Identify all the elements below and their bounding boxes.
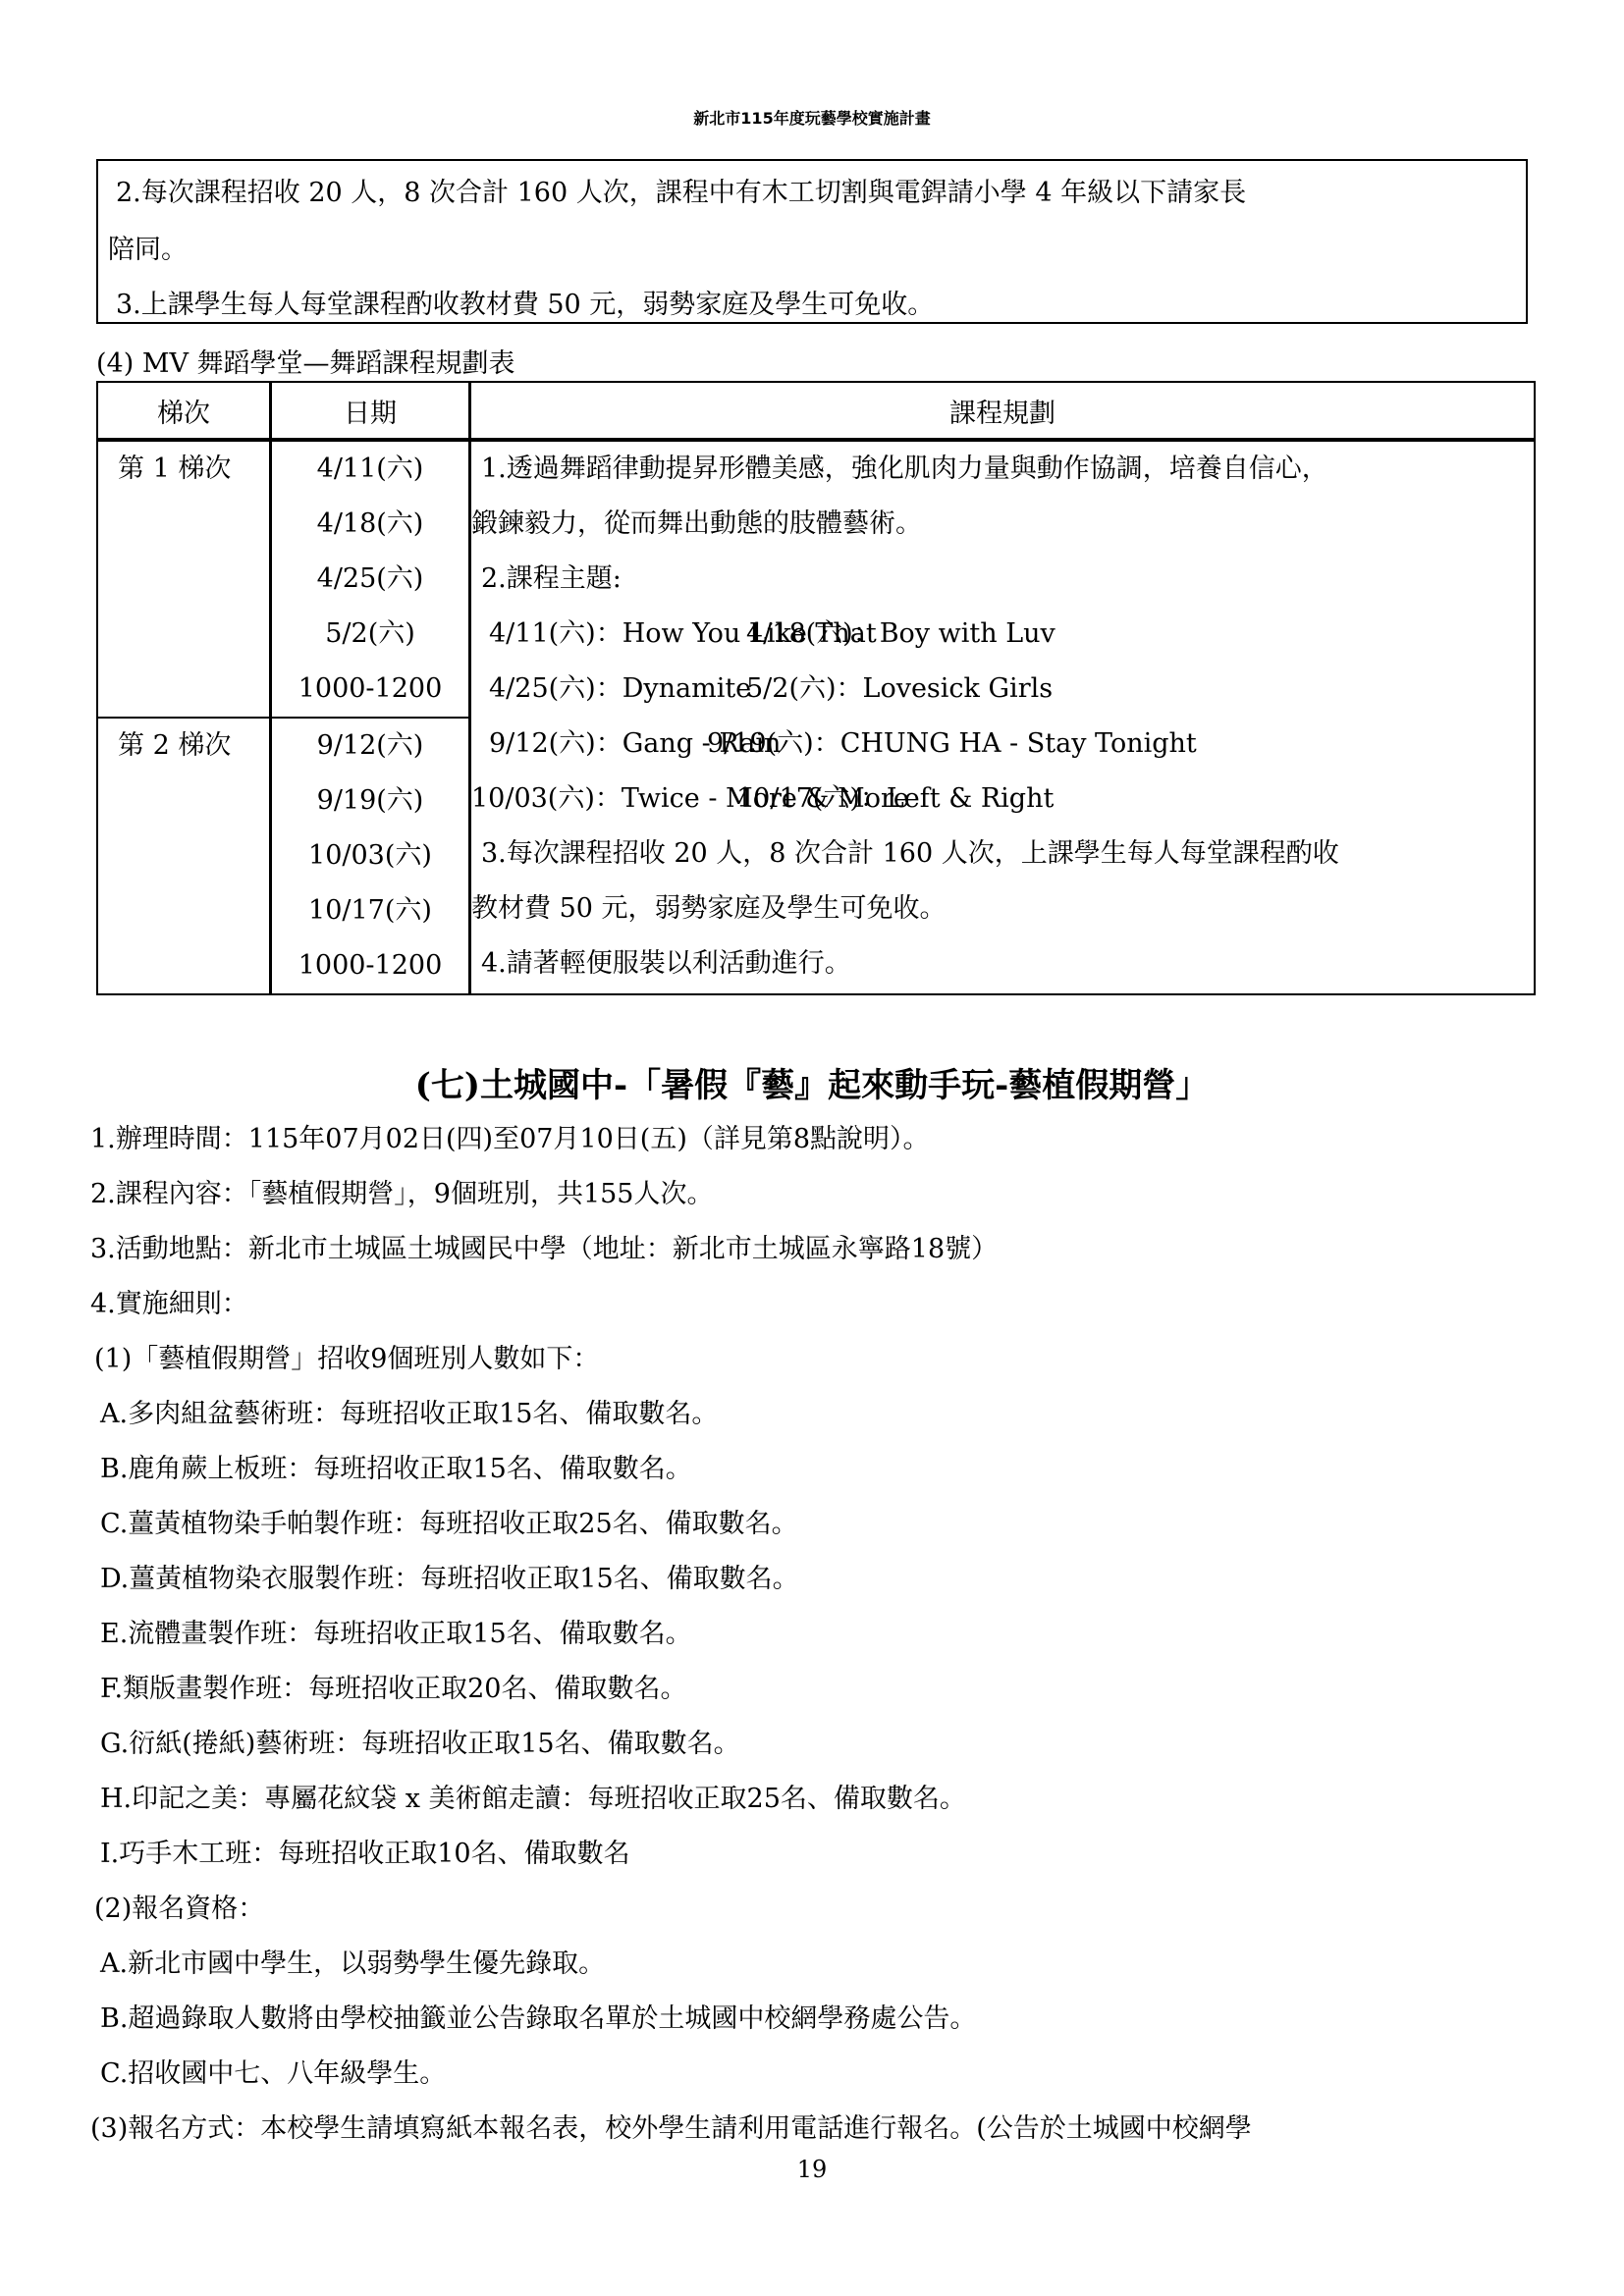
song-item: 5/2(六)：Lovesick Girls [746,662,1053,717]
plan-line: 2.課程主題: [471,552,1534,607]
page-number: 19 [0,2156,1624,2183]
plan-line: 3.每次課程招收 20 人，8 次合計 160 人次，上課學生每人每堂課程酌收 [471,827,1534,881]
date: 4/25(六) [272,552,468,607]
eligibility-item: A.新北市國中學生，以弱勢學生優先錄取。 [100,1942,605,1980]
section-item: 4.實施細則： [90,1282,248,1320]
subsection-heading: (2)報名資格： [94,1887,264,1925]
class-item: B.鹿角蕨上板班：每班招收正取15名、備取數名。 [100,1447,692,1485]
note-line: 3.上課學生每人每堂課程酌收教材費 50 元，弱勢家庭及學生可免收。 [116,283,934,321]
plan-line: 1.透過舞蹈律動提昇形體美感，強化肌肉力量與動作協調，培養自信心， [471,442,1534,497]
class-item: A.多肉組盆藝術班：每班招收正取15名、備取數名。 [100,1392,718,1430]
section-item: 1.辦理時間：115年07月02日(四)至07月10日(五)（詳見第8點說明）。 [90,1117,930,1155]
eligibility-item: C.招收國中七、八年級學生。 [100,2052,446,2090]
time-range: 1000-1200 [272,662,468,717]
class-item: E.流體畫製作班：每班招收正取15名、備取數名。 [100,1612,692,1650]
tier-label: 第 1 梯次 [98,442,269,497]
song-row: 10/03(六)：Twice - More & More 10/17(六)：Le… [471,772,1534,827]
course-plan-cell: 1.透過舞蹈律動提昇形體美感，強化肌肉力量與動作協調，培養自信心， 鍛鍊毅力，從… [470,440,1536,994]
class-item: G.衍紙(捲紙)藝術班：每班招收正取15名、備取數名。 [100,1722,740,1760]
column-header-tier: 梯次 [97,382,271,440]
song-row: 9/12(六)：Gang - Rain 9/19(六)：CHUNG HA - S… [471,717,1534,772]
date: 4/18(六) [272,497,468,552]
page-header: 新北市115年度玩藝學校實施計畫 [0,106,1624,129]
column-header-date: 日期 [271,382,470,440]
class-item: D.薑黃植物染衣服製作班：每班招收正取15名、備取數名。 [100,1557,799,1595]
class-item: I.巧手木工班：每班招收正取10名、備取數名 [100,1832,630,1870]
class-item: H.印記之美：專屬花紋袋 x 美術館走讀：每班招收正取25名、備取數名。 [100,1777,966,1815]
song-row: 4/25(六)：Dynamite 5/2(六)：Lovesick Girls [471,662,1534,717]
song-item: 10/17(六)：Left & Right [736,772,1054,827]
plan-line: 教材費 50 元，弱勢家庭及學生可免收。 [471,881,1534,936]
song-item: 4/25(六)：Dynamite [489,662,751,717]
time-range: 1000-1200 [272,938,468,993]
subsection-heading: (1)「藝植假期營」招收9個班別人數如下： [94,1337,599,1375]
song-row: 4/11(六)：How You Like That 4/18(六)：Boy wi… [471,607,1534,662]
date: 5/2(六) [272,607,468,662]
song-item: 4/18(六)：Boy with Luv [746,607,1056,662]
eligibility-item: B.超過錄取人數將由學校抽籤並公告錄取名單於土城國中校網學務處公告。 [100,1997,976,2035]
class-item: F.類版畫製作班：每班招收正取20名、備取數名。 [100,1667,686,1705]
tier-label: 第 2 梯次 [98,719,269,774]
date: 10/17(六) [272,883,468,938]
plan-line: 4.請著輕便服裝以利活動進行。 [471,936,1534,991]
section-title: (七)土城國中-「暑假『藝』起來動手玩-藝植假期營」 [0,1058,1624,1106]
date: 9/19(六) [272,774,468,828]
table-caption: (4) MV 舞蹈學堂—舞蹈課程規劃表 [96,342,515,380]
date: 10/03(六) [272,828,468,883]
song-item: 9/19(六)：CHUNG HA - Stay Tonight [707,717,1197,772]
date: 4/11(六) [272,442,468,497]
column-header-plan: 課程規劃 [470,382,1536,440]
notes-box: 2.每次課程招收 20 人，8 次合計 160 人次，課程中有木工切割與電銲請小… [96,159,1528,324]
plan-line: 鍛鍊毅力，從而舞出動態的肢體藝術。 [471,497,1534,552]
dance-schedule-table: 梯次 日期 課程規劃 第 1 梯次 4/11(六) 4/18(六) 4/25(六… [96,381,1536,995]
section-item: 2.課程內容：「藝植假期營」，9個班別，共155人次。 [90,1172,713,1210]
note-line: 2.每次課程招收 20 人，8 次合計 160 人次，課程中有木工切割與電銲請小… [116,171,1246,209]
table-row: 第 1 梯次 4/11(六) 4/18(六) 4/25(六) 5/2(六) 10… [97,440,1535,718]
note-line: 陪同。 [108,228,188,266]
date: 9/12(六) [272,719,468,774]
class-item: C.薑黃植物染手帕製作班：每班招收正取25名、備取數名。 [100,1502,798,1540]
subsection-heading: (3)報名方式：本校學生請填寫紙本報名表，校外學生請利用電話進行報名。(公告於土… [90,2107,1252,2145]
section-item: 3.活動地點：新北市土城區土城國民中學（地址：新北市土城區永寧路18號） [90,1227,998,1265]
